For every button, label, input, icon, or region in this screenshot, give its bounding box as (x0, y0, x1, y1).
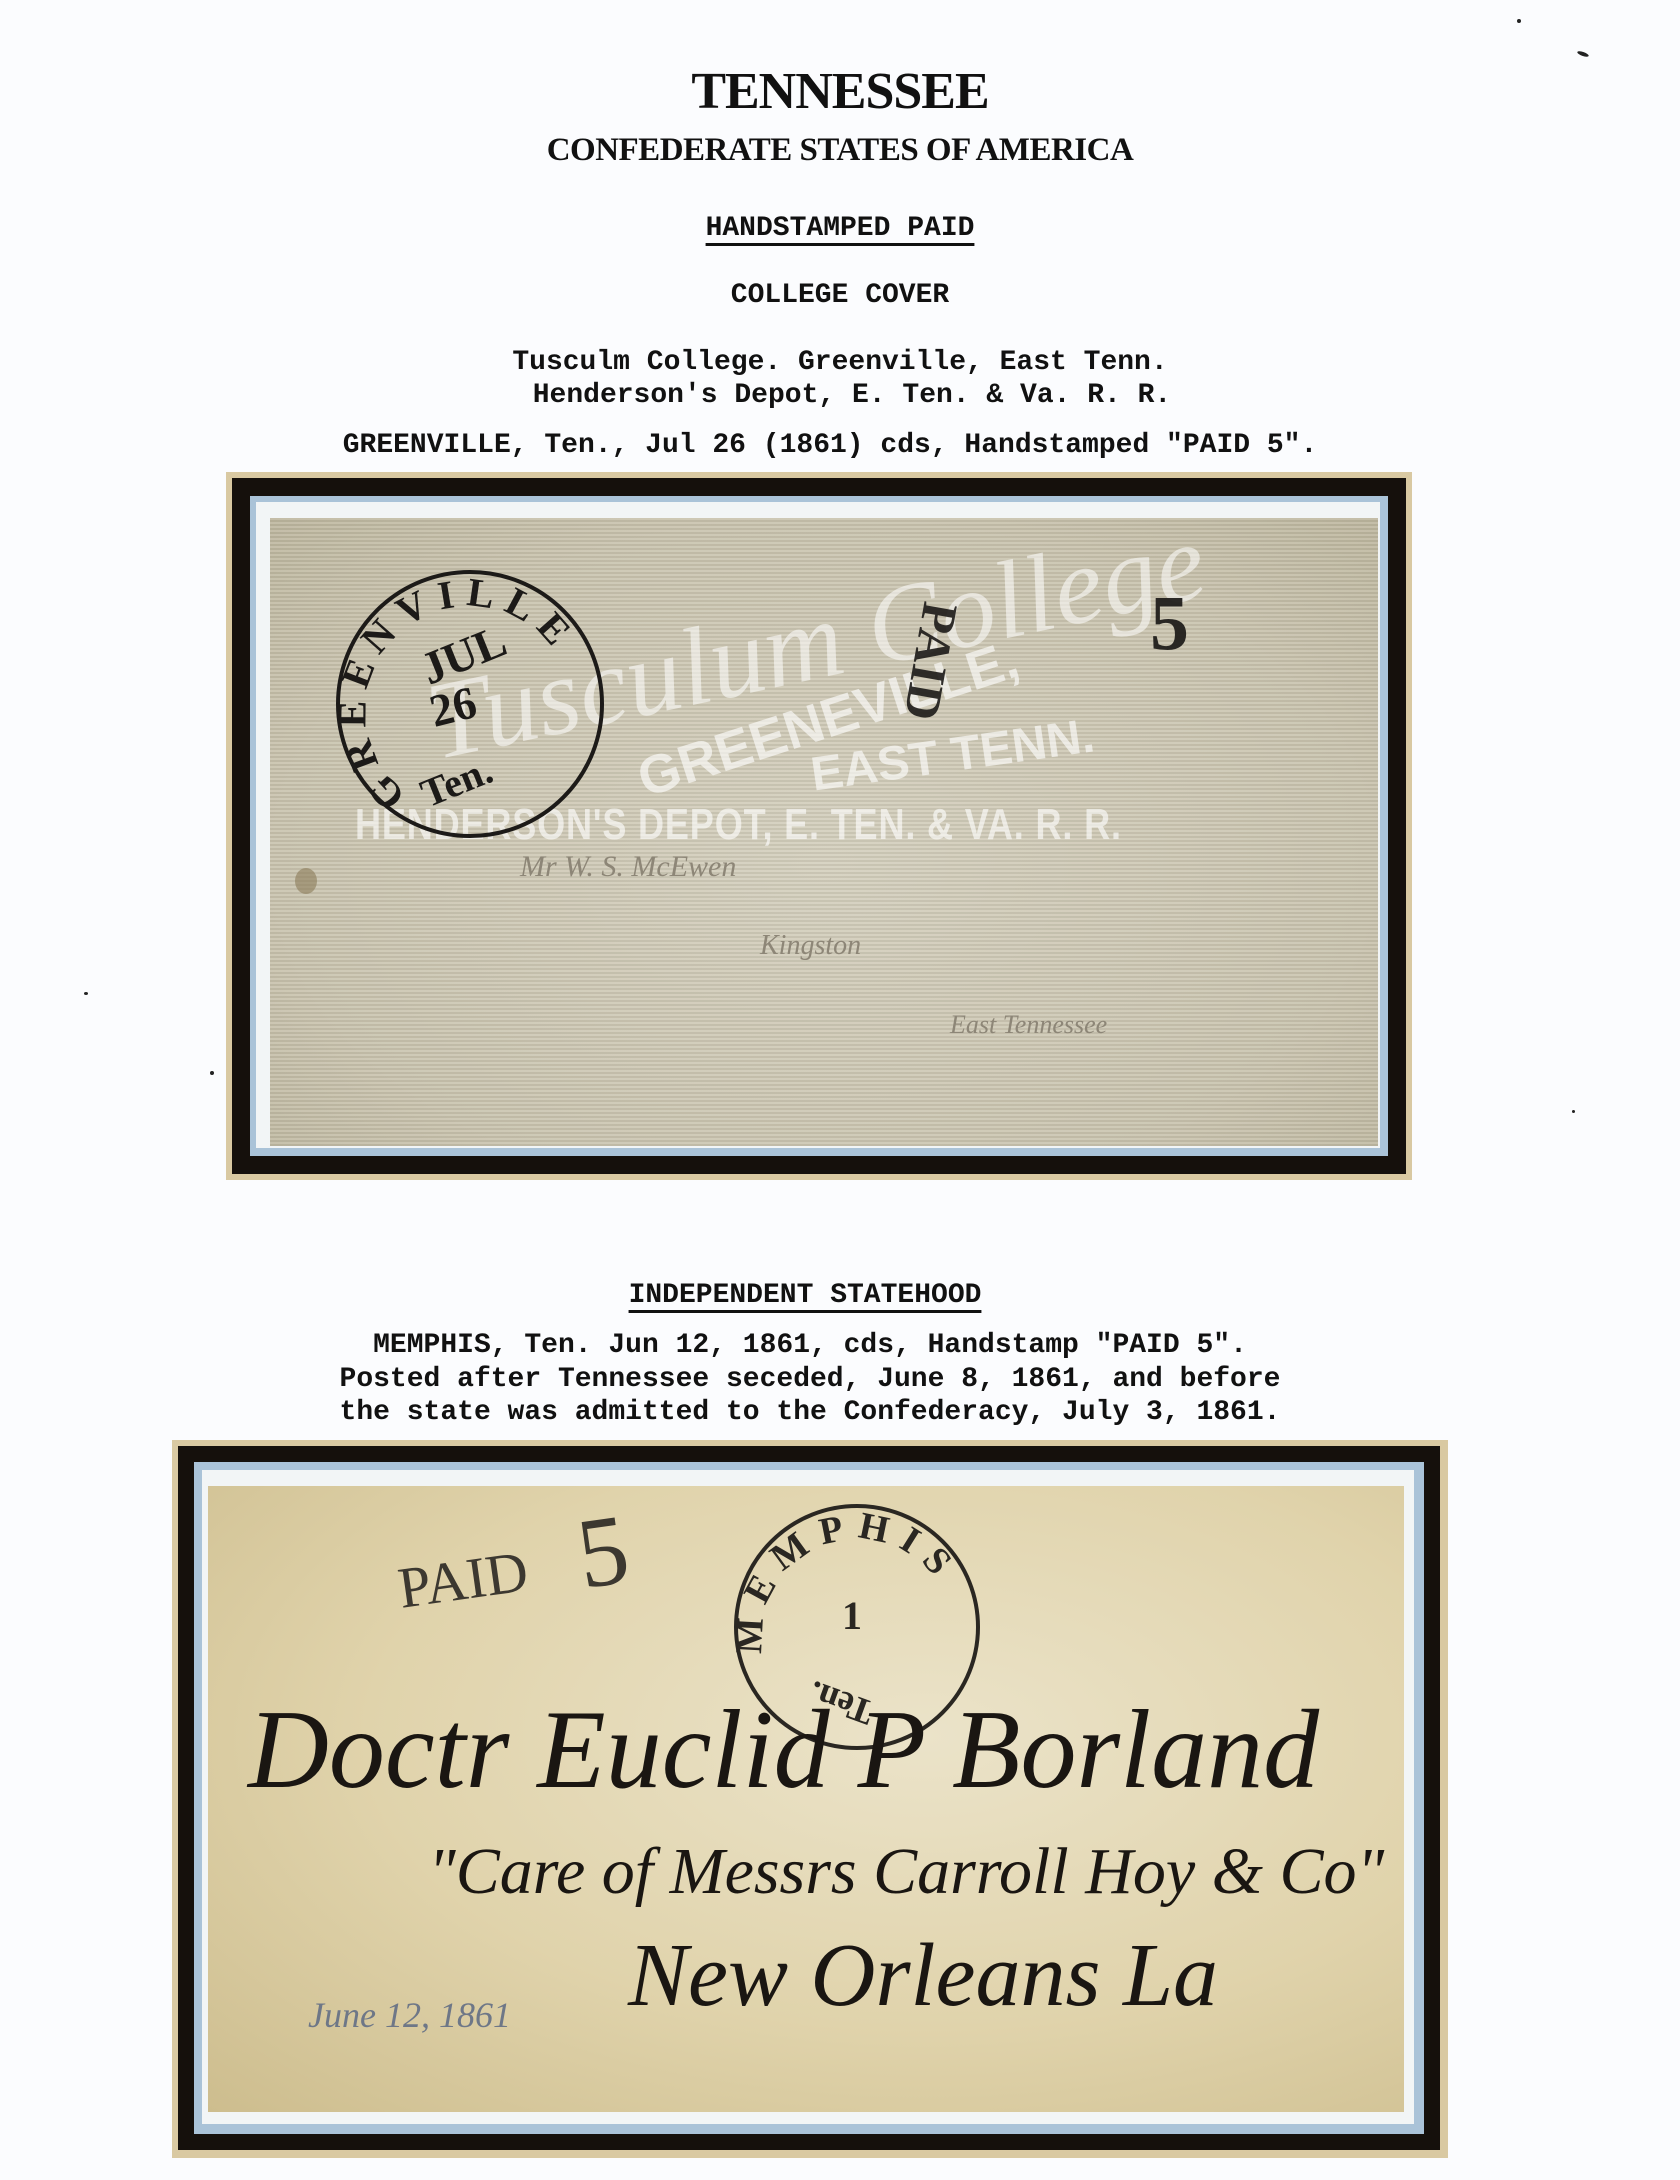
cover2-envelope: PAID 5 MEMPHIS 1 Ten. Doctr Euclid P Bor… (208, 1486, 1404, 2112)
cover1-envelope: Tusculum College GREENEVILLE, EAST TENN.… (270, 518, 1378, 1146)
scan-speck (1577, 50, 1590, 58)
cover2-handstamp-paid: PAID (394, 1537, 532, 1621)
scan-speck (1572, 1110, 1575, 1113)
section1-line-2: Henderson's Depot, E. Ten. & Va. R. R. (12, 380, 1680, 411)
scan-speck (210, 1071, 214, 1075)
section1-subheading: COLLEGE COVER (0, 280, 1680, 311)
section2-line-2: Posted after Tennessee seceded, June 8, … (0, 1364, 1650, 1395)
cover1-address-line-1: Mr W. S. McEwen (520, 850, 736, 884)
scan-speck (84, 992, 88, 995)
section2-line-1: MEMPHIS, Ten. Jun 12, 1861, cds, Handsta… (0, 1330, 1650, 1361)
cover2-postmark-day: 1 (842, 1592, 862, 1639)
section2-line-3: the state was admitted to the Confederac… (0, 1397, 1650, 1428)
cover2-pencil-note: June 12, 1861 (308, 1994, 511, 2036)
scan-speck (1517, 19, 1521, 23)
page-title: TENNESSEE (0, 62, 1680, 121)
cover1-address-line-3: East Tennessee (950, 1010, 1107, 1040)
section1-heading: HANDSTAMPED PAID (0, 213, 1680, 244)
cover1-address-line-2: Kingston (760, 930, 861, 962)
cover1-handstamp-rate: 5 (1150, 578, 1189, 668)
section1-line-3: GREENVILLE, Ten., Jul 26 (1861) cds, Han… (0, 430, 1670, 461)
section1-line-1: Tusculm College. Greenville, East Tenn. (0, 347, 1680, 378)
cover1-stain (295, 868, 317, 894)
cover2-address-line-3: New Orleans La (628, 1924, 1218, 2027)
page-subtitle: CONFEDERATE STATES OF AMERICA (0, 132, 1680, 169)
cover2-handstamp-rate: 5 (570, 1491, 636, 1612)
section2-heading: INDEPENDENT STATEHOOD (0, 1280, 1645, 1311)
cover2-address-line-1: Doctr Euclid P Borland (248, 1686, 1319, 1815)
cover2-address-line-2: "Care of Messrs Carroll Hoy & Co" (428, 1834, 1384, 1910)
